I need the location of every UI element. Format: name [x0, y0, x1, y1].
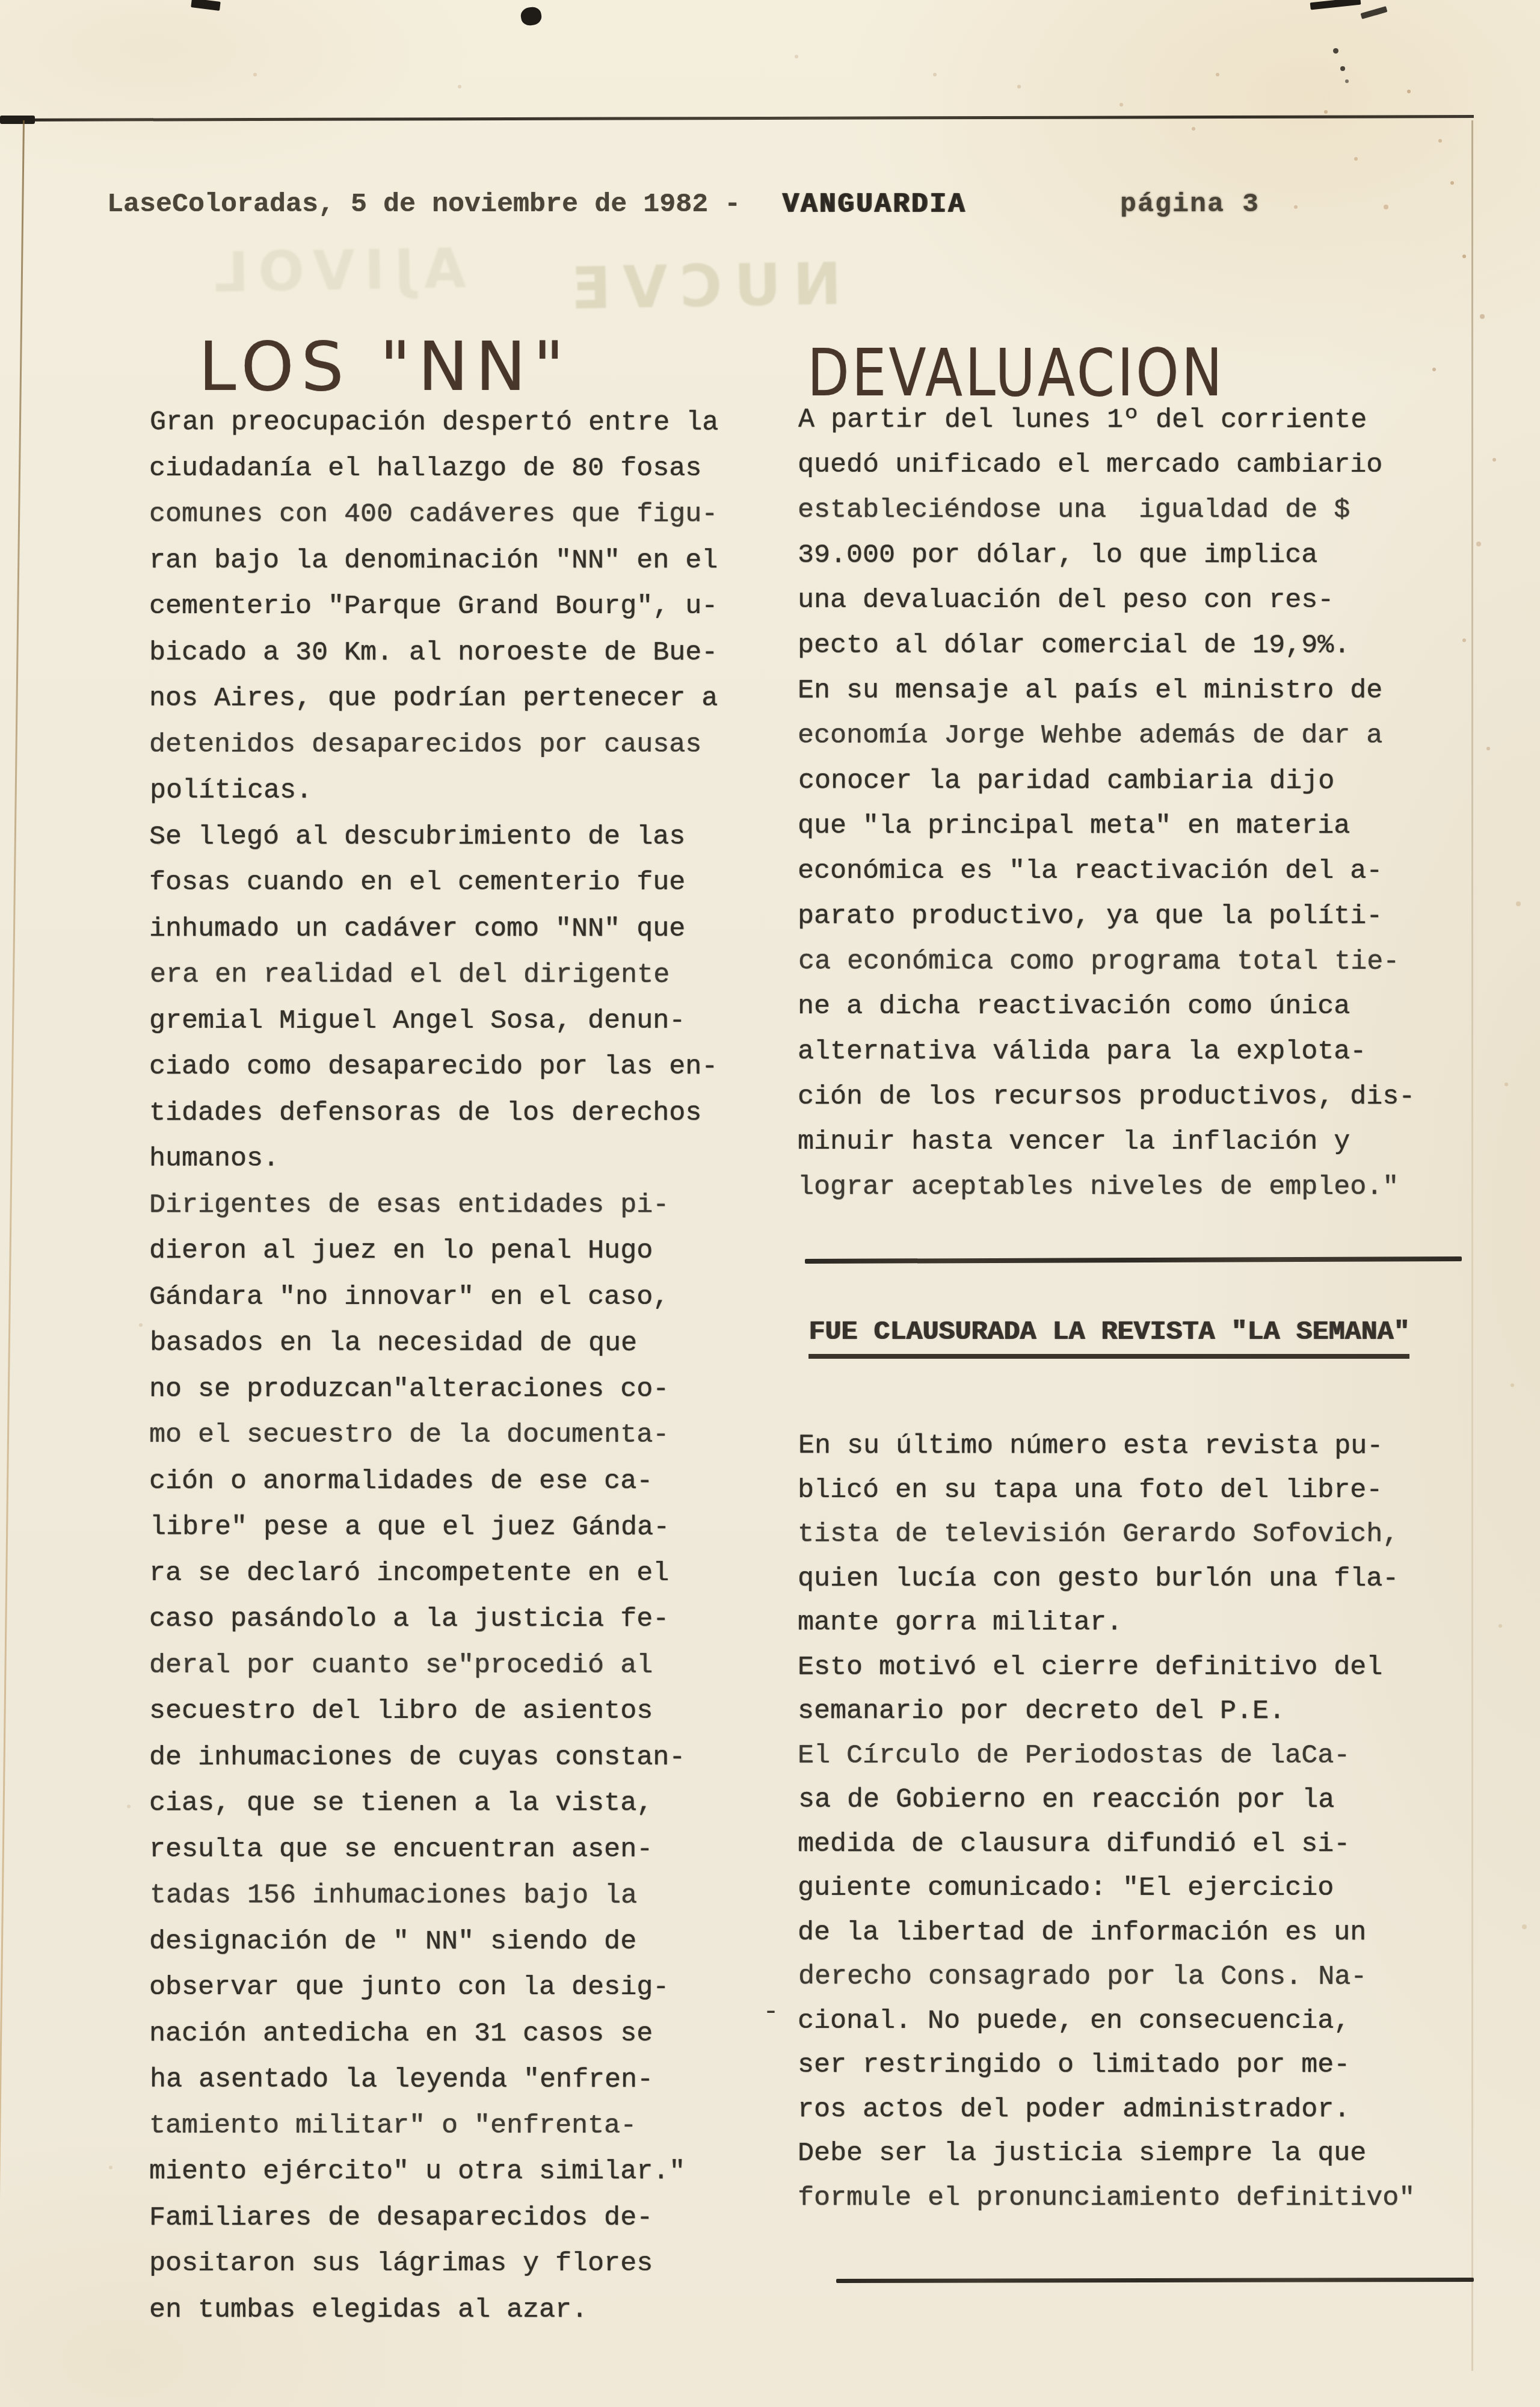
text-line: positaron sus lágrimas y flores — [149, 2241, 769, 2287]
text-line: ne a dicha reactivación como única — [798, 984, 1465, 1029]
text-line: que "la principal meta" en materia — [798, 803, 1465, 848]
text-line: libre" pese a que el juez Gánda- — [150, 1504, 769, 1551]
text-line: Gran preocupación despertó entre la — [150, 400, 769, 446]
text-line: Familiares de desaparecidos de- — [149, 2195, 769, 2242]
text-line: ción de los recursos productivos, dis- — [798, 1074, 1465, 1119]
text-line: humanos. — [149, 1136, 769, 1182]
page-number-label: página 3 — [1120, 189, 1260, 220]
text-line: semanario por decreto del P.E. — [798, 1689, 1465, 1734]
text-line: resulta que se encuentran asen- — [149, 1826, 769, 1873]
text-line: alternativa válida para la explota- — [798, 1029, 1465, 1074]
scan-dot — [1340, 66, 1345, 71]
text-line: de inhumaciones de cuyas constan- — [149, 1735, 769, 1781]
bleedthrough-text: NUCVE — [559, 250, 842, 323]
paper-speckles — [0, 0, 2, 2]
text-line: comunes con 400 cadáveres que figu- — [149, 492, 769, 538]
text-line: ra se declaró incompetente en el — [149, 1550, 769, 1596]
text-line: ciudadanía el hallazgo de 80 fosas — [149, 445, 769, 492]
frame-ink-blob — [0, 116, 35, 124]
text-line: medida de clausura difundió el si- — [798, 1822, 1465, 1867]
text-line: Gándara "no innovar" en el caso, — [149, 1274, 769, 1320]
text-line: El Círculo de Periodostas de laCa- — [798, 1733, 1465, 1778]
text-line: ser restringido o limitado por me- — [798, 2043, 1465, 2087]
text-line: era en realidad el del dirigente — [150, 952, 769, 998]
text-line: quedó unificado el mercado cambiario — [798, 442, 1465, 487]
text-line: tadas 156 inhumaciones bajo la — [150, 1873, 769, 1919]
text-line: guiente comunicado: "El ejercicio — [798, 1866, 1465, 1911]
text-line: dieron al juez en lo penal Hugo — [149, 1228, 769, 1275]
page-frame-right-rule — [1471, 120, 1473, 2371]
text-line: Dirigentes de esas entidades pi- — [149, 1182, 769, 1229]
text-line: conocer la paridad cambiaria dijo — [798, 758, 1466, 804]
text-line: inhumado un cadáver como "NN" que — [149, 906, 769, 953]
text-line: ción o anormalidades de ese ca- — [149, 1459, 769, 1505]
margin-dash-mark: - — [763, 1997, 779, 2027]
text-line: En su mensaje al país el ministro de — [798, 668, 1465, 713]
text-line: quien lucía con gesto burlón una fla- — [798, 1557, 1465, 1601]
text-line: detenidos desaparecidos por causas — [149, 721, 769, 768]
text-line: ros actos del poder administrador. — [798, 2087, 1465, 2132]
text-line: caso pasándolo a la justicia fe- — [149, 1596, 769, 1643]
scan-mark — [520, 5, 543, 26]
text-line: gremial Miguel Angel Sosa, denun- — [149, 998, 769, 1044]
text-line: ciado como desaparecido por las en- — [149, 1044, 769, 1090]
text-line: políticas. — [150, 768, 769, 814]
text-line: secuestro del libro de asientos — [149, 1689, 769, 1735]
text-line: designación de " NN" siendo de — [149, 1919, 769, 1965]
text-line: basados en la necesidad de que — [150, 1320, 769, 1367]
text-line: Esto motivó el cierre definitivo del — [798, 1645, 1465, 1690]
text-line: formule el pronunciamiento definitivo" — [798, 2176, 1465, 2220]
text-line: Debe ser la justicia siempre la que — [798, 2131, 1465, 2176]
text-line: En su último número esta revista pu- — [798, 1424, 1466, 1468]
page-frame-left-rule — [0, 120, 25, 2401]
text-line: parato productivo, ya que la políti- — [798, 894, 1465, 939]
text-line: ha asentado la leyenda "enfren- — [150, 2057, 769, 2103]
article-title-los-nn: LOS "NN" — [199, 328, 571, 406]
scan-dot — [1345, 79, 1349, 83]
article-body-los-nn: Gran preocupación despertó entre laciuda… — [149, 400, 769, 2333]
text-line: deral por cuanto se"procedió al — [149, 1643, 769, 1689]
text-line: bicado a 30 Km. al noroeste de Bue- — [149, 630, 769, 676]
article-headline-la-semana: FUE CLAUSURADA LA REVISTA "LA SEMANA" — [808, 1316, 1409, 1359]
text-line: tamiento militar" o "enfrenta- — [149, 2103, 769, 2149]
text-line: estableciéndose una igualdad de $ — [798, 487, 1465, 533]
text-line: tista de televisión Gerardo Sofovich, — [798, 1512, 1465, 1557]
scan-dot — [1333, 48, 1338, 54]
text-line: nación antedicha en 31 casos se — [149, 2011, 769, 2057]
text-line: una devaluación del peso con res- — [798, 578, 1465, 623]
article-body-devaluacion: A partir del lunes 1º del corrientequedó… — [798, 397, 1465, 1210]
text-line: ca económica como programa total tie- — [798, 939, 1466, 984]
page-frame-top-rule — [0, 115, 1474, 122]
scan-mark — [191, 0, 220, 11]
text-line: cional. No puede, en consecuencia, — [798, 1998, 1465, 2043]
text-line: no se produzcan"alteraciones co- — [149, 1367, 769, 1413]
article-end-rule — [836, 2278, 1474, 2283]
text-line: en tumbas elegidas al azar. — [149, 2287, 769, 2334]
text-line: observar que junto con la desig- — [149, 1965, 769, 2011]
text-line: 39.000 por dólar, lo que implica — [798, 533, 1465, 578]
section-divider-rule — [805, 1256, 1462, 1264]
text-line: mo el secuestro de la documenta- — [149, 1412, 769, 1459]
text-line: A partir del lunes 1º del corriente — [798, 397, 1466, 443]
text-line: ran bajo la denominación "NN" en el — [149, 538, 769, 584]
text-line: miento ejército" u otra similar." — [149, 2149, 769, 2195]
text-line: fosas cuando en el cementerio fue — [149, 860, 769, 906]
scan-mark — [1360, 6, 1387, 19]
masthead: VANGUARDIA — [782, 189, 966, 220]
text-line: mante gorra militar. — [798, 1601, 1465, 1645]
text-line: de la libertad de información es un — [798, 1911, 1465, 1955]
text-line: minuir hasta vencer la inflación y — [798, 1119, 1465, 1164]
newspaper-page: LaseColoradas, 5 de noviembre de 1982 - … — [0, 0, 1540, 2407]
article-body-la-semana: En su último número esta revista pu-blic… — [798, 1424, 1465, 2220]
bleedthrough-text: AJIVOL — [204, 237, 466, 305]
text-line: economía Jorge Wehbe además de dar a — [798, 713, 1465, 758]
text-line: nos Aires, que podrían pertenecer a — [149, 676, 769, 722]
text-line: blicó en su tapa una foto del libre- — [798, 1468, 1465, 1512]
scan-mark — [1310, 0, 1361, 10]
text-line: pecto al dólar comercial de 19,9%. — [798, 623, 1465, 668]
text-line: Se llegó al descubrimiento de las — [149, 814, 769, 861]
text-line: cementerio "Parque Grand Bourg", u- — [149, 584, 769, 630]
text-line: derecho consagrado por la Cons. Na- — [798, 1954, 1466, 1999]
text-line: económica es "la reactivación del a- — [798, 848, 1465, 894]
text-line: sa de Gobierno en reacción por la — [798, 1778, 1466, 1822]
dateline: LaseColoradas, 5 de noviembre de 1982 - — [107, 189, 741, 220]
text-line: cias, que se tienen a la vista, — [149, 1781, 769, 1827]
text-line: tidades defensoras de los derechos — [149, 1090, 769, 1137]
text-line: lograr aceptables niveles de empleo." — [798, 1164, 1465, 1210]
